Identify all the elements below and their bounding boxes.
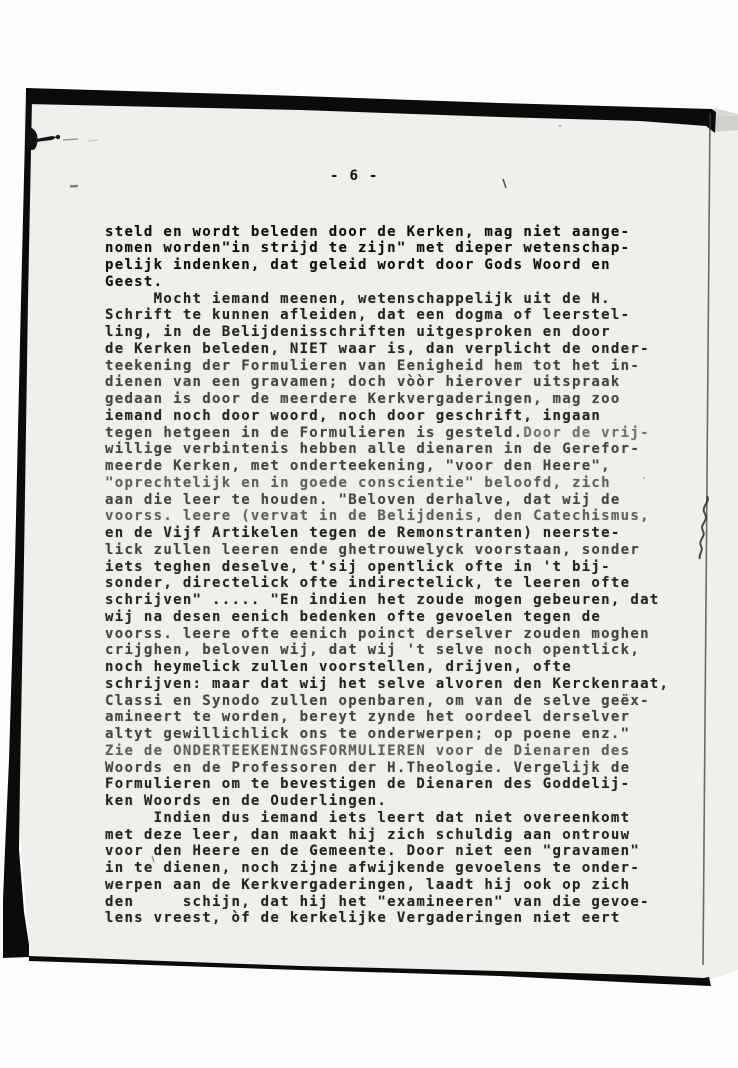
text-line: Geest. xyxy=(105,274,680,291)
text-line: voorss. leere ofte eenich poinct derselv… xyxy=(105,626,680,643)
text-line: gedaan is door de meerdere Kerkvergaderi… xyxy=(105,391,680,408)
text-line: pelijk indenken, dat geleid wordt door G… xyxy=(105,257,680,274)
text-line: schrijven: maar dat wij het selve alvore… xyxy=(105,676,680,693)
text-line: den schijn, dat hij het "examineeren" va… xyxy=(105,894,680,911)
text-line: schrijven" ..... "En indien het zoude mo… xyxy=(105,592,680,609)
text-line: crijghen, beloven wij, dat wij 't selve … xyxy=(105,642,680,659)
text-line: ken Woords en de Ouderlingen. xyxy=(105,793,680,810)
text-line: ling, in de Belijdenisschriften uitgespr… xyxy=(105,324,680,341)
text-line: altyt gewillichlick ons te onderwerpen; … xyxy=(105,726,680,743)
text-line: tegen hetgeen in de Formulieren is geste… xyxy=(105,425,680,442)
text-line: Indien dus iemand iets leert dat niet ov… xyxy=(105,810,680,827)
text-line: amineert te worden, bereyt zynde het oor… xyxy=(105,709,680,726)
text-line: dienen van een gravamen; doch vòòr hiero… xyxy=(105,374,680,391)
text-line: voor den Heere en de Gemeente. Door niet… xyxy=(105,843,680,860)
text-line: "oprechtelijk en in goede conscientie" b… xyxy=(105,475,680,492)
text-line: sonder, directelick ofte indirectelick, … xyxy=(105,575,680,592)
text-line: noch heymelick zullen voorstellen, drijv… xyxy=(105,659,680,676)
scanned-document: { "document": { "kind": "scanned typewri… xyxy=(0,0,738,1068)
dust-speck xyxy=(559,125,562,128)
corner-shadow xyxy=(714,108,738,132)
text-line: met deze leer, dan maakt hij zich schuld… xyxy=(105,827,680,844)
text-line: Mocht iemand meenen, wetenschappelijk ui… xyxy=(105,291,680,308)
text-line: lick zullen leeren ende ghetrouwelyck vo… xyxy=(105,542,680,559)
text-line: iets teghen deselve, t'sij opentlick oft… xyxy=(105,559,680,576)
text-line: nomen worden"in strijd te zijn" met diep… xyxy=(105,240,680,257)
text-line: Zie de ONDERTEEKENINGSFORMULIEREN voor d… xyxy=(105,743,680,760)
text-line: willige verbintenis hebben alle dienaren… xyxy=(105,441,680,458)
text-line: voorss. leere (vervat in de Belijdenis, … xyxy=(105,508,680,525)
text-line: Schrift te kunnen afleiden, dat een dogm… xyxy=(105,307,680,324)
text-line: meerde Kerken, met onderteekening, "voor… xyxy=(105,458,680,475)
text-line: de Kerken beleden, NIET waar is, dan ver… xyxy=(105,341,680,358)
text-line: Classi en Synodo zullen openbaren, om va… xyxy=(105,693,680,710)
text-line: in te dienen, noch zijne afwijkende gevo… xyxy=(105,860,680,877)
text-line: teekening der Formulieren van Eenigheid … xyxy=(105,358,680,375)
text-line: Formulieren om te bevestigen de Dienaren… xyxy=(105,776,680,793)
text-line: aan die leer te houden. "Beloven derhalv… xyxy=(105,492,680,509)
page-number: - 6 - xyxy=(330,168,379,184)
typewritten-text: steld en wordt beleden door de Kerken, m… xyxy=(105,190,680,944)
text-line: en de Vijf Artikelen tegen de Remonstran… xyxy=(105,525,680,542)
faded-text: Door de vrij- xyxy=(523,425,649,441)
text-line: Woords en de Professoren der H.Theologie… xyxy=(105,760,680,777)
text-line: iemand noch door woord, noch door geschr… xyxy=(105,408,680,425)
text-line: steld en wordt beleden door de Kerken, m… xyxy=(105,224,680,241)
text-line: wij na desen eenich bedenken ofte gevoel… xyxy=(105,609,680,626)
text-line: lens vreest, òf de kerkelijke Vergaderin… xyxy=(105,910,680,927)
text-lines: steld en wordt beleden door de Kerken, m… xyxy=(105,224,680,928)
text-line: werpen aan de Kerkvergaderingen, laadt h… xyxy=(105,877,680,894)
